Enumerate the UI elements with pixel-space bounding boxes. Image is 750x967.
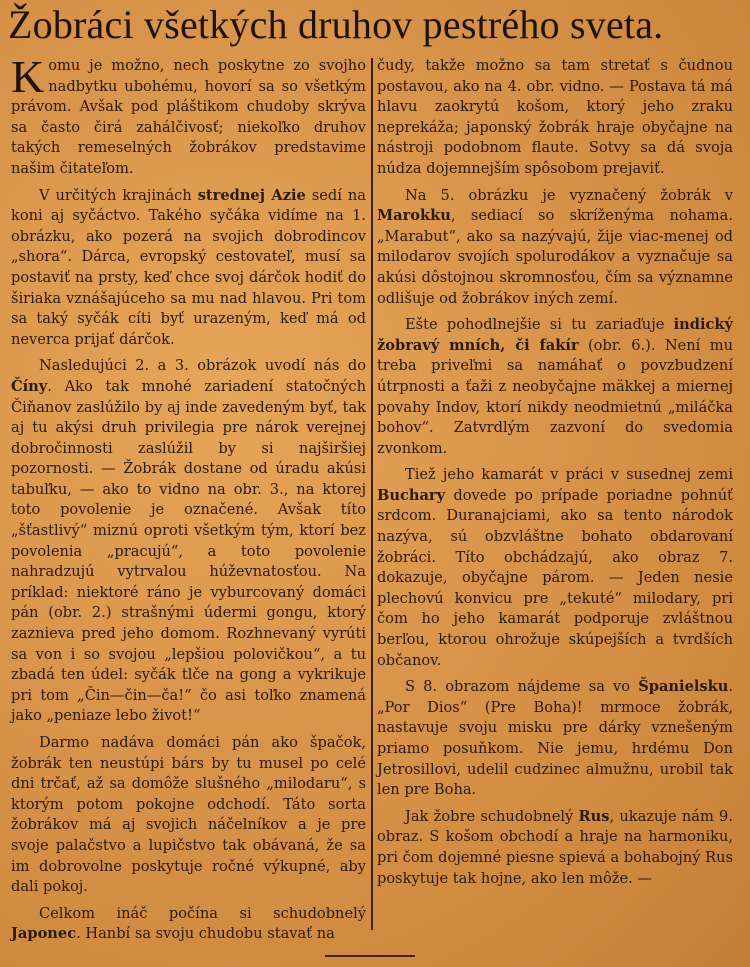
paragraph: Tiež jeho kamarát v práci v susednej zem… — [377, 465, 733, 671]
newspaper-page: Žobráci všetkých druhov pestrého sveta. … — [0, 0, 750, 967]
left-column: Komu je možno, nech poskytne zo svojho n… — [11, 56, 366, 951]
text-run: čudy, takže možno sa tam stretať s čudno… — [377, 57, 733, 177]
emphasized-term: Rus — [579, 808, 610, 825]
text-run: S 8. obrazom nájdeme sa vo — [405, 678, 638, 695]
right-column: čudy, takže možno sa tam stretať s čudno… — [377, 56, 733, 895]
article-title: Žobráci všetkých druhov pestrého sveta. — [8, 2, 748, 48]
paragraph: S 8. obrazom nájdeme sa vo Španielsku. „… — [377, 677, 733, 801]
paragraph: čudy, takže možno sa tam stretať s čudno… — [377, 56, 733, 180]
paragraph: Celkom ináč počína si schudobnelý Japone… — [11, 904, 366, 945]
drop-cap: K — [11, 58, 44, 96]
text-run: Na 5. obrázku je vyznačený žobrák v — [405, 187, 733, 204]
emphasized-term: Buchary — [377, 487, 445, 504]
end-rule — [325, 955, 415, 957]
emphasized-term: Španielsku — [638, 678, 728, 695]
text-run: . Hanbí sa svoju chudobu stavať na — [76, 925, 335, 942]
text-run: Tiež jeho kamarát v práci v susednej zem… — [405, 466, 733, 483]
text-run: (obr. 6.). Není mu treba priveľmi sa nam… — [377, 337, 733, 457]
text-run: . „Por Dios“ (Pre Boha)! mrmoce žobrák, … — [377, 678, 733, 798]
paragraph: Ešte pohodlnejšie si tu zariaďuje indick… — [377, 315, 733, 459]
column-divider — [371, 58, 373, 930]
text-run: Darmo nadáva domáci pán ako špačok, žobr… — [11, 734, 366, 895]
text-run: omu je možno, nech poskytne zo svojho na… — [11, 57, 366, 177]
text-run: Celkom ináč počína si schudobnelý — [39, 905, 366, 922]
text-run: sedí na koni aj syčáctvo. Takého syčáka … — [11, 187, 366, 348]
paragraph: Komu je možno, nech poskytne zo svojho n… — [11, 56, 366, 180]
paragraph: V určitých krajinách strednej Azie sedí … — [11, 186, 366, 351]
paragraph: Darmo nadáva domáci pán ako špačok, žobr… — [11, 733, 366, 898]
text-run: Ešte pohodlnejšie si tu zariaďuje — [405, 316, 674, 333]
text-run: . Ako tak mnohé zariadení statočných Čiň… — [11, 378, 366, 725]
emphasized-term: Marokku — [377, 207, 451, 224]
emphasized-term: Japonec — [11, 925, 76, 942]
text-run: Jak žobre schudobnelý — [405, 808, 579, 825]
text-run: dovede po prípade poriadne pohnúť srdcom… — [377, 487, 733, 669]
text-run: Nasledujúci 2. a 3. obrázok uvodí nás do — [39, 357, 366, 374]
paragraph: Nasledujúci 2. a 3. obrázok uvodí nás do… — [11, 356, 366, 727]
text-run: V určitých krajinách — [39, 187, 198, 204]
emphasized-term: Číny — [11, 378, 47, 395]
paragraph: Jak žobre schudobnelý Rus, ukazuje nám 9… — [377, 807, 733, 889]
paragraph: Na 5. obrázku je vyznačený žobrák v Maro… — [377, 186, 733, 310]
emphasized-term: strednej Azie — [198, 187, 306, 204]
